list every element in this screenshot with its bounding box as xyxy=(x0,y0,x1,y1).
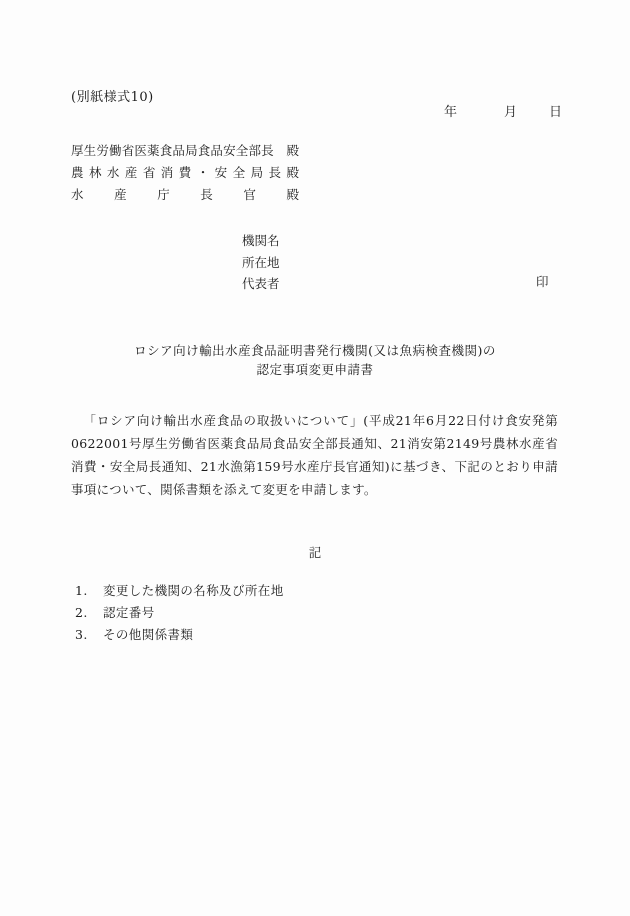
document-page: (別紙様式10) 年 月 日 厚生労働省医薬食品局食品安全部長 殿 農林水産省消… xyxy=(0,0,630,916)
recipient-maff-consumer-safety-director: 農林水産省消費・安全局長殿 xyxy=(71,162,299,184)
item-list: 1. 変更した機関の名称及び所在地 2. 認定番号 3. その他関係書類 xyxy=(75,580,284,646)
applicant-organization-label: 機関名 xyxy=(242,230,280,252)
list-item-number: 3. xyxy=(75,624,103,646)
date-month-label: 月 xyxy=(504,101,517,120)
document-title-line1: ロシア向け輸出水産食品証明書発行機関(又は魚病検査機関)の xyxy=(0,341,630,360)
date-line: 年 月 日 xyxy=(444,101,562,120)
recipient-fisheries-agency-director: 水産庁長官殿 xyxy=(71,184,299,206)
list-item-text: 変更した機関の名称及び所在地 xyxy=(103,580,284,602)
list-item-number: 2. xyxy=(75,602,103,624)
applicant-representative-label: 代表者 xyxy=(242,273,280,295)
date-day-label: 日 xyxy=(549,101,562,120)
list-item-text: その他関係書類 xyxy=(103,624,193,646)
list-item-text: 認定番号 xyxy=(103,602,155,624)
applicant-block: 機関名 所在地 代表者 xyxy=(242,230,280,295)
applicant-address-label: 所在地 xyxy=(242,252,280,274)
list-item: 2. 認定番号 xyxy=(75,602,284,624)
form-style-label: (別紙様式10) xyxy=(71,86,154,105)
record-marker: 記 xyxy=(0,543,630,561)
document-title: ロシア向け輸出水産食品証明書発行機関(又は魚病検査機関)の 認定事項変更申請書 xyxy=(0,341,630,379)
list-item: 3. その他関係書類 xyxy=(75,624,284,646)
recipients-block: 厚生労働省医薬食品局食品安全部長 殿 農林水産省消費・安全局長殿 水産庁長官殿 xyxy=(71,140,299,206)
recipient-mhlw-food-safety-director: 厚生労働省医薬食品局食品安全部長 殿 xyxy=(71,140,299,162)
list-item-number: 1. xyxy=(75,580,103,602)
date-year-label: 年 xyxy=(444,101,457,120)
body-paragraph: 「ロシア向け輸出水産食品の取扱いについて」(平成21年6月22日付け食安発第06… xyxy=(71,409,558,501)
list-item: 1. 変更した機関の名称及び所在地 xyxy=(75,580,284,602)
seal-label: 印 xyxy=(536,272,549,290)
document-title-line2: 認定事項変更申請書 xyxy=(0,360,630,379)
